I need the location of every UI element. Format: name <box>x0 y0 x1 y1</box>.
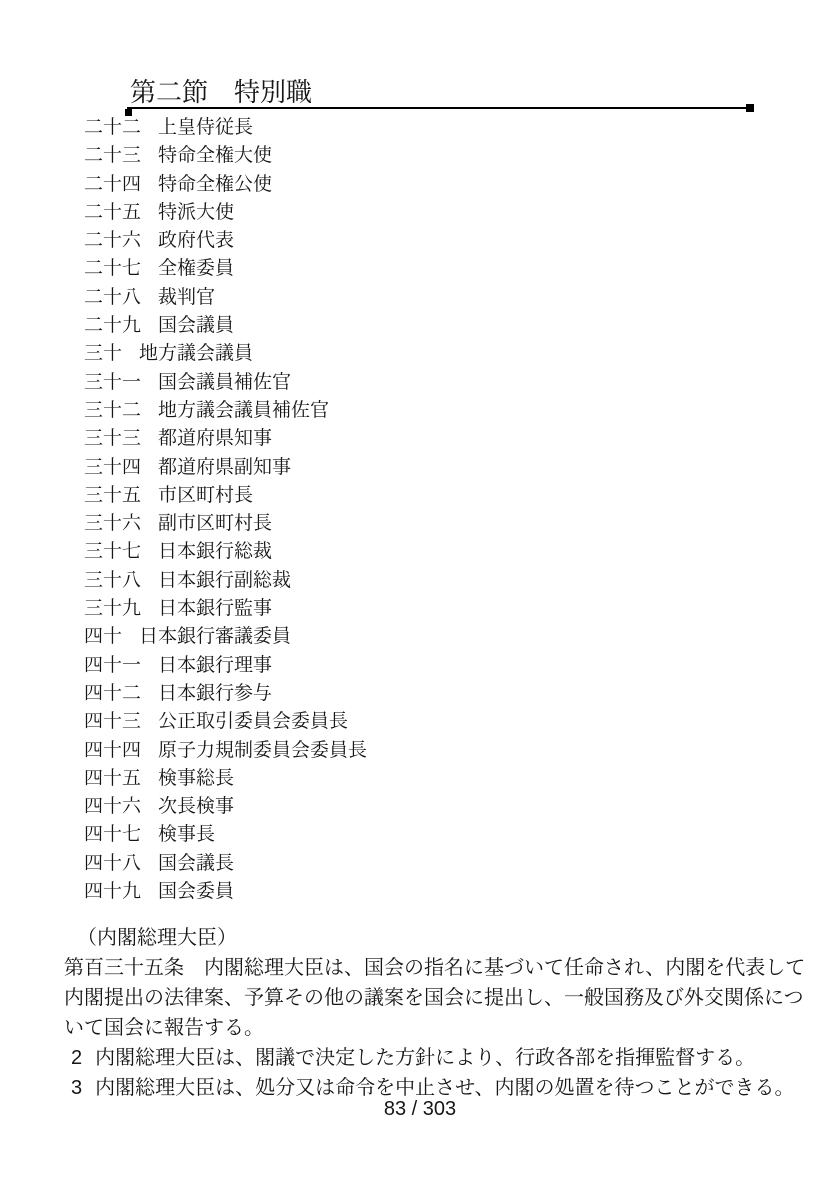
list-item: 三十九日本銀行監事 <box>84 595 367 623</box>
article-line: 内閣提出の法律案、予算その他の議案を国会に提出し、一般国務及び外交関係につ <box>64 983 805 1013</box>
list-item-number: 四十九 <box>84 881 141 902</box>
list-item-title: 日本銀行参与 <box>158 683 272 704</box>
list-item-title: 原子力規制委員会委員長 <box>158 740 367 761</box>
article-caption: （内閣総理大臣） <box>64 923 805 953</box>
list-item-title: 検事長 <box>158 824 215 845</box>
article-block: （内閣総理大臣） 第百三十五条 内閣総理大臣は、国会の指名に基づいて任命され、内… <box>64 923 805 1103</box>
list-item-title: 上皇侍従長 <box>158 117 253 138</box>
list-item: 二十三特命全権大使 <box>84 142 367 170</box>
clause-text: 内閣総理大臣は、閣議で決定した方針により、行政各部を指揮監督する。 <box>95 1047 755 1069</box>
list-item-number: 四十五 <box>84 768 141 789</box>
list-item: 三十六副市区町村長 <box>84 510 367 538</box>
list-item-number: 四十一 <box>84 655 141 676</box>
list-item: 四十四原子力規制委員会委員長 <box>84 737 367 765</box>
list-item-title: 特派大使 <box>158 202 234 223</box>
list-item-number: 二十三 <box>84 145 141 166</box>
list-item-title: 地方議会議員補佐官 <box>158 400 329 421</box>
list-item: 四十五検事総長 <box>84 765 367 793</box>
list-item: 四十二日本銀行参与 <box>84 680 367 708</box>
list-item-number: 三十七 <box>84 541 141 562</box>
list-item-number: 四十四 <box>84 740 141 761</box>
list-item: 三十地方議会議員 <box>84 340 367 368</box>
list-item: 四十日本銀行審議委員 <box>84 623 367 651</box>
list-item: 二十八裁判官 <box>84 284 367 312</box>
list-item-title: 日本銀行審議委員 <box>139 626 291 647</box>
list-item-number: 二十七 <box>84 258 141 279</box>
heading-underline <box>127 107 748 109</box>
list-item-number: 四十八 <box>84 853 141 874</box>
list-item-number: 三十三 <box>84 428 141 449</box>
list-item-title: 検事総長 <box>158 768 234 789</box>
list-item-number: 二十四 <box>84 174 141 195</box>
list-item: 四十三公正取引委員会委員長 <box>84 708 367 736</box>
special-positions-list: 二十二上皇侍従長二十三特命全権大使二十四特命全権公使二十五特派大使二十六政府代表… <box>84 114 367 906</box>
list-item-title: 国会委員 <box>158 881 234 902</box>
clause-number: 2 <box>71 1047 82 1069</box>
list-item-number: 三十八 <box>84 570 141 591</box>
document-page: 第二節 特別職 二十二上皇侍従長二十三特命全権大使二十四特命全権公使二十五特派大… <box>0 0 840 1190</box>
list-item-title: 特命全権公使 <box>158 174 272 195</box>
list-item-title: 副市区町村長 <box>158 513 272 534</box>
list-item-number: 三十一 <box>84 372 141 393</box>
list-item: 四十九国会委員 <box>84 878 367 906</box>
list-item-number: 四十二 <box>84 683 141 704</box>
list-item-title: 政府代表 <box>158 230 234 251</box>
list-item: 三十五市区町村長 <box>84 482 367 510</box>
article-clause: 2内閣総理大臣は、閣議で決定した方針により、行政各部を指揮監督する。 <box>64 1043 805 1073</box>
list-item-number: 三十九 <box>84 598 141 619</box>
list-item: 四十八国会議長 <box>84 850 367 878</box>
list-item-title: 裁判官 <box>158 287 215 308</box>
list-item-number: 三十二 <box>84 400 141 421</box>
list-item: 四十六次長検事 <box>84 793 367 821</box>
list-item: 三十七日本銀行総裁 <box>84 538 367 566</box>
list-item-number: 三十四 <box>84 457 141 478</box>
list-item-title: 公正取引委員会委員長 <box>158 711 348 732</box>
list-item-title: 日本銀行監事 <box>158 598 272 619</box>
list-item: 二十五特派大使 <box>84 199 367 227</box>
line-handle-right-icon <box>746 104 754 112</box>
list-item-number: 二十九 <box>84 315 141 336</box>
list-item-number: 二十二 <box>84 117 141 138</box>
list-item-title: 日本銀行副総裁 <box>158 570 291 591</box>
page-number: 83 / 303 <box>0 1094 840 1124</box>
list-item-number: 三十 <box>84 343 122 364</box>
list-item-title: 日本銀行総裁 <box>158 541 272 562</box>
list-item-number: 三十六 <box>84 513 141 534</box>
list-item-title: 市区町村長 <box>158 485 253 506</box>
list-item-number: 四十六 <box>84 796 141 817</box>
list-item-number: 四十三 <box>84 711 141 732</box>
list-item-title: 国会議員補佐官 <box>158 372 291 393</box>
article-line: 第百三十五条 内閣総理大臣は、国会の指名に基づいて任命され、内閣を代表して <box>64 953 805 983</box>
list-item-number: 二十六 <box>84 230 141 251</box>
list-item-number: 二十八 <box>84 287 141 308</box>
list-item: 二十二上皇侍従長 <box>84 114 367 142</box>
list-item-title: 全権委員 <box>158 258 234 279</box>
list-item: 三十二地方議会議員補佐官 <box>84 397 367 425</box>
list-item-title: 特命全権大使 <box>158 145 272 166</box>
list-item: 二十六政府代表 <box>84 227 367 255</box>
list-item: 二十九国会議員 <box>84 312 367 340</box>
article-body: 第百三十五条 内閣総理大臣は、国会の指名に基づいて任命され、内閣を代表して内閣提… <box>64 953 805 1043</box>
list-item: 二十四特命全権公使 <box>84 171 367 199</box>
list-item-number: 四十 <box>84 626 122 647</box>
list-item-title: 都道府県副知事 <box>158 457 291 478</box>
list-item-title: 日本銀行理事 <box>158 655 272 676</box>
list-item: 四十一日本銀行理事 <box>84 652 367 680</box>
list-item-title: 国会議員 <box>158 315 234 336</box>
list-item: 四十七検事長 <box>84 821 367 849</box>
list-item: 三十三都道府県知事 <box>84 425 367 453</box>
list-item-title: 都道府県知事 <box>158 428 272 449</box>
list-item-title: 地方議会議員 <box>139 343 253 364</box>
list-item: 三十一国会議員補佐官 <box>84 369 367 397</box>
list-item-title: 次長検事 <box>158 796 234 817</box>
list-item-number: 三十五 <box>84 485 141 506</box>
list-item: 二十七全権委員 <box>84 255 367 283</box>
list-item-number: 四十七 <box>84 824 141 845</box>
list-item: 三十八日本銀行副総裁 <box>84 567 367 595</box>
section-heading: 第二節 特別職 <box>130 76 312 108</box>
list-item-title: 国会議長 <box>158 853 234 874</box>
list-item-number: 二十五 <box>84 202 141 223</box>
article-line: いて国会に報告する。 <box>64 1013 805 1043</box>
list-item: 三十四都道府県副知事 <box>84 454 367 482</box>
